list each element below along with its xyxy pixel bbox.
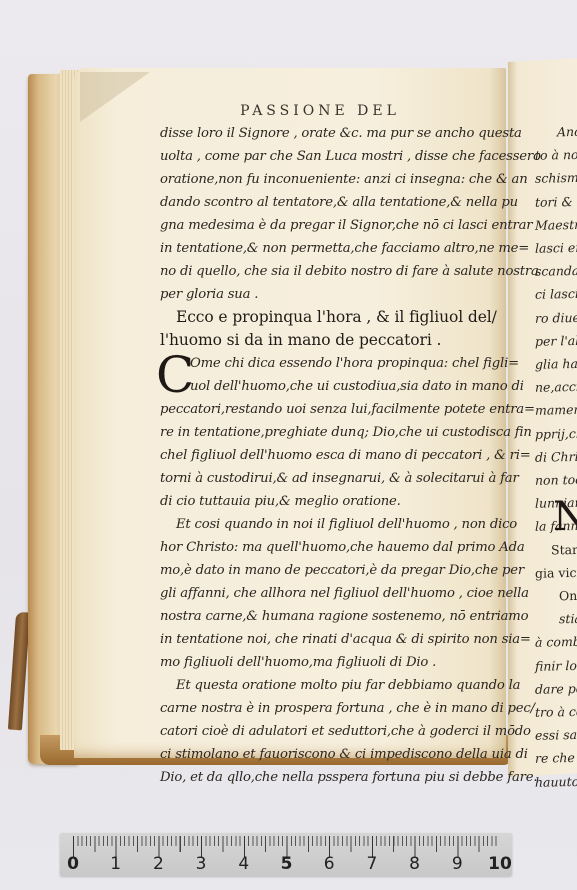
ruler-label: 7: [362, 854, 382, 874]
text-line: gli affanni, che allhora nel figliuol de…: [160, 582, 480, 605]
text-line: oratione,non fu inconueniente: anzi ci i…: [160, 168, 480, 191]
text-line: Anch: [553, 120, 577, 144]
text-line: no di quello, che sia il debito nostro d…: [160, 260, 480, 283]
text-line: Et cosi quando in noi il figliuol dell'h…: [160, 513, 480, 536]
text-line: tori & c: [535, 189, 577, 213]
text-line: Stare: [551, 537, 577, 561]
text-line: in tentatione noi, che rinati d'acqua & …: [160, 628, 480, 651]
text-line: Dio, et da qllo,che nella psspera fortun…: [160, 766, 480, 789]
text-line: to à nostr: [535, 143, 577, 167]
text-line: non tocc: [535, 468, 577, 492]
ruler-label: 10: [487, 854, 513, 874]
ruler-label: 1: [106, 854, 126, 874]
text-line: per l'alt: [535, 328, 577, 352]
text-line: Et questa oratione molto piu far debbiam…: [160, 674, 480, 697]
text-line: mo figliuoli dell'huomo,ma figliuoli di …: [160, 651, 480, 674]
text-line: essi saran: [535, 723, 577, 747]
text-line: hauuto in: [535, 769, 577, 793]
text-line: uol dell'huomo,che ui custodiua,sia dato…: [160, 375, 480, 398]
text-line: mo,è dato in mano de peccatori,è da preg…: [160, 559, 480, 582]
text-line: glia hau: [535, 352, 577, 376]
text-line: re che di: [535, 746, 577, 770]
text-line: pprij,ch: [535, 421, 577, 445]
text-line: dare poi: [535, 676, 577, 700]
text-line: gia vici: [535, 560, 577, 584]
ruler-label: 0: [63, 854, 83, 874]
ruler-label: 6: [319, 854, 339, 874]
paragraph-3: Et questa oratione molto piu far debbiam…: [160, 674, 480, 789]
text-line: On: [559, 584, 577, 608]
text-line: disse loro il Signore , orate &c. ma pur…: [160, 122, 480, 145]
text-line: dando scontro al tentatore,& alla tentat…: [160, 191, 480, 214]
scripture-heading: Ecco e propinqua l'hora , & il figliuol …: [160, 306, 480, 352]
text-line: per gloria sua .: [160, 283, 480, 306]
opening-paragraph: disse loro il Signore , orate &c. ma pur…: [160, 122, 480, 306]
text-line: finir lope: [535, 653, 577, 677]
running-head: PASSIONE DEL: [160, 100, 480, 123]
text-line: mament: [535, 398, 577, 422]
text-line: scandalez: [535, 259, 577, 283]
heading-line: Ecco e propinqua l'hora , & il figliuol …: [160, 306, 480, 329]
drop-cap-letter: C: [156, 352, 194, 398]
ruler-label: 5: [277, 854, 297, 874]
ruler-label: 3: [191, 854, 211, 874]
ruler-label: 8: [405, 854, 425, 874]
paragraph-2: Et cosi quando in noi il figliuol dell'h…: [160, 513, 480, 674]
ruler-labels: 0 1 2 3 4 5 6 7 8 9 10: [60, 854, 512, 876]
text-line: di cio tuttauia piu,& meglio oratione.: [160, 490, 480, 513]
text-line: re in tentatione,preghiate dunq; Dio,che…: [160, 421, 480, 444]
text-line: à combat: [535, 630, 577, 654]
text-line: schismati: [535, 166, 577, 190]
scale-ruler: 0 1 2 3 4 5 6 7 8 9 10: [60, 833, 512, 876]
text-line: uolta , come par che San Luca mostri , d…: [160, 145, 480, 168]
text-line: nostra carne,& humana ragione sostenemo,…: [160, 605, 480, 628]
text-line: catori cioè di adulatori et seduttori,ch…: [160, 720, 480, 743]
text-line: ci stimolano et fauoriscono & ci impedis…: [160, 743, 480, 766]
text-line: ne,accio: [535, 375, 577, 399]
text-line: chel figliuol dell'huomo esca di mano di…: [160, 444, 480, 467]
text-line: torni à custodirui,& ad insegnarui, & à …: [160, 467, 480, 490]
right-page-text-fragment: Anch to à nostr schismati tori & c Maest…: [553, 120, 577, 794]
text-line: carne nostra è in prospera fortuna , che…: [160, 697, 480, 720]
heading-line: l'huomo si da in mano de peccatori .: [160, 329, 480, 352]
text-line: ro diuent: [535, 305, 577, 329]
text-line: hor Christo: ma quell'huomo,che hauemo d…: [160, 536, 480, 559]
ruler-label: 4: [234, 854, 254, 874]
left-page-text: PASSIONE DEL disse loro il Signore , ora…: [160, 100, 480, 789]
text-line: gna medesima è da pregar il Signor,che n…: [160, 214, 480, 237]
text-line: tro à cos: [535, 700, 577, 724]
text-line: lasci entr: [535, 236, 577, 260]
text-line: stia: [559, 607, 577, 631]
ruler-label: 9: [447, 854, 467, 874]
text-line: peccatori,restando uoi senza lui,facilme…: [160, 398, 480, 421]
text-line: Maestri,: [535, 212, 577, 236]
text-line: ci lascian: [535, 282, 577, 306]
text-line: Ome chi dica essendo l'hora propinqua: c…: [160, 352, 480, 375]
text-line: in tentatione,& non permetta,che facciam…: [160, 237, 480, 260]
right-page-drop-cap: N: [553, 497, 577, 537]
folded-page-corner: [80, 72, 150, 122]
ruler-label: 2: [148, 854, 168, 874]
dropcap-paragraph: C Ome chi dica essendo l'hora propinqua:…: [160, 352, 480, 513]
text-line: di Chris: [535, 444, 577, 468]
